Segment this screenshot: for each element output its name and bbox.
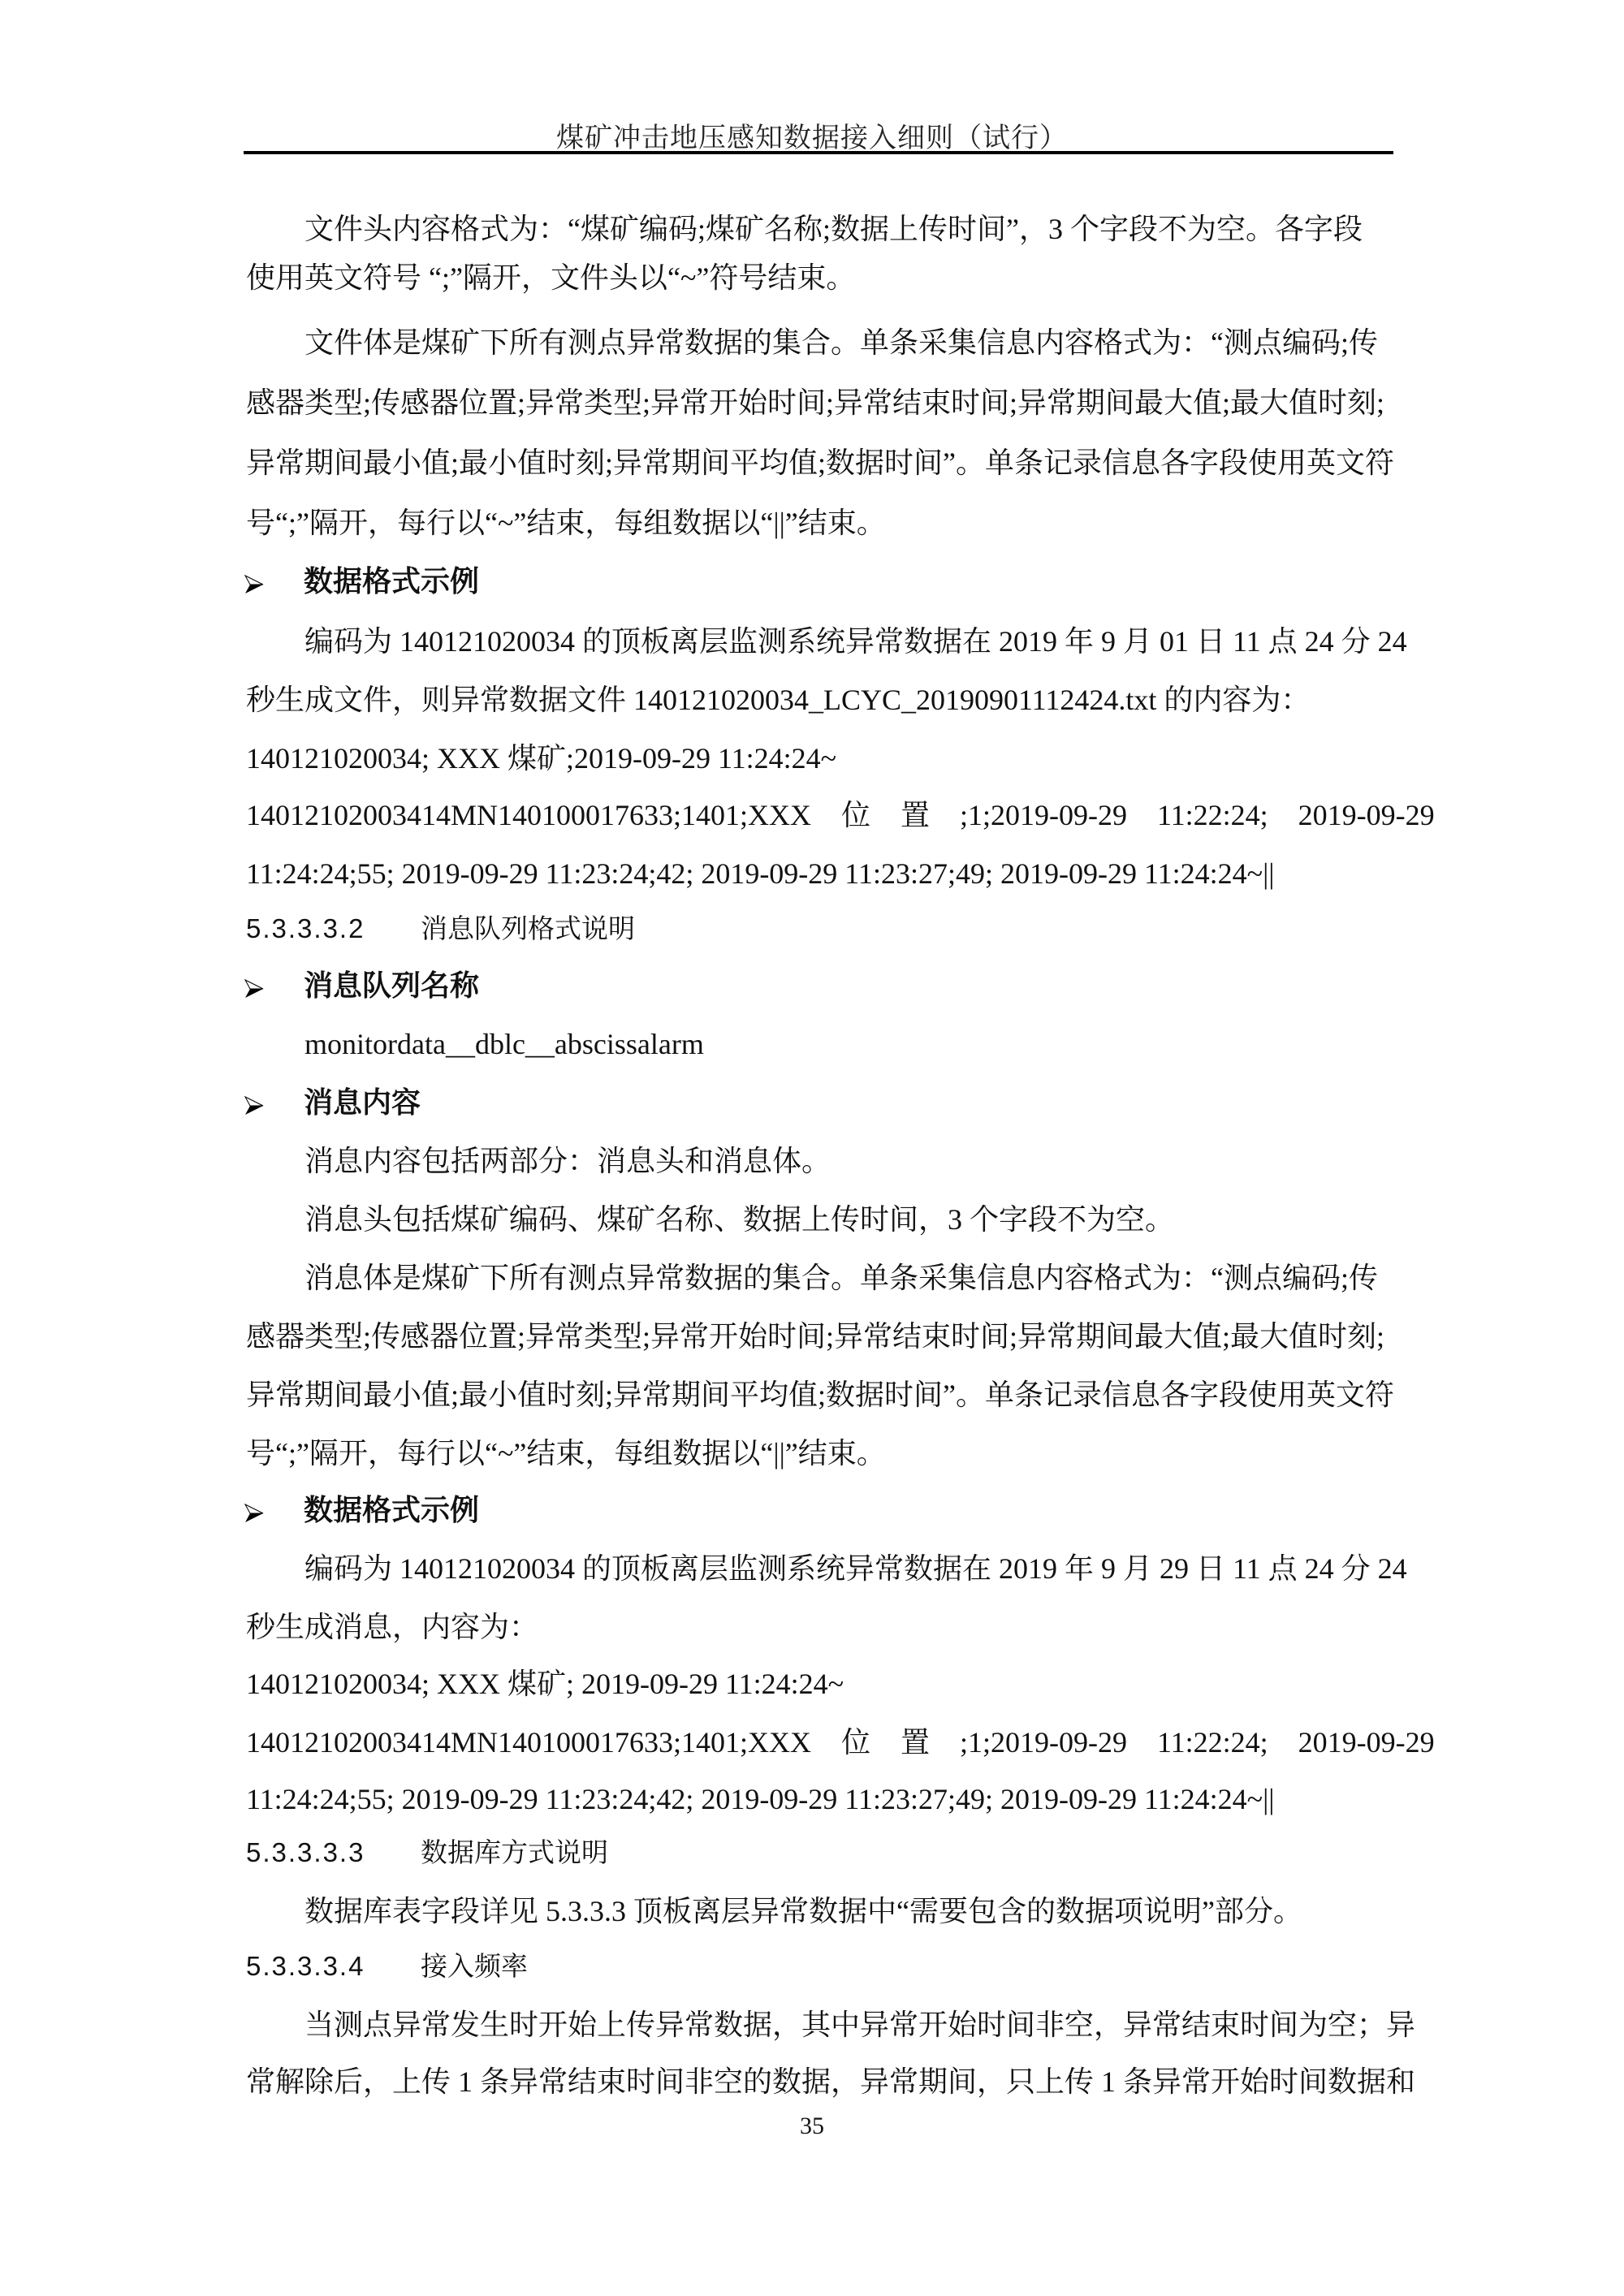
- section-heading-5-3-3-3-2: 5.3.3.3.2消息队列格式说明: [246, 909, 635, 948]
- queue-name-value: monitordata__dblc__abscissalarm: [304, 1025, 1393, 1064]
- frequency-text-line-1: 当测点异常发生时开始上传异常数据，其中异常开始时间非空，异常结束时间为空；异: [304, 2005, 1393, 2044]
- bullet-data-format-example-1: 数据格式示例: [244, 562, 479, 601]
- database-description: 数据库表字段详见 5.3.3.3 顶板离层异常数据中“需要包含的数据项说明”部分…: [304, 1892, 1393, 1931]
- arrow-bullet-icon: [244, 1503, 265, 1524]
- bullet-message-content: 消息内容: [244, 1083, 421, 1122]
- message-example-desc-line-1: 编码为 140121020034 的顶板离层监测系统异常数据在 2019 年 9…: [304, 1549, 1393, 1588]
- file-example-desc-line-1: 编码为 140121020034 的顶板离层监测系统异常数据在 2019 年 9…: [304, 622, 1393, 661]
- paragraph-file-body-line-2: 感器类型;传感器位置;异常类型;异常开始时间;异常结束时间;异常期间最大值;最大…: [246, 383, 1393, 422]
- section-number: 5.3.3.3.3: [246, 1833, 421, 1872]
- message-body-line-3: 异常期间最小值;最小值时刻;异常期间平均值;数据时间”。单条记录信息各字段使用英…: [246, 1375, 1393, 1414]
- section-title: 数据库方式说明: [421, 1837, 608, 1867]
- message-example-line-3: 11:24:24;55; 2019-09-29 11:23:24;42; 201…: [246, 1780, 1393, 1819]
- section-title: 接入频率: [421, 1951, 528, 1981]
- section-number: 5.3.3.3.2: [246, 909, 421, 948]
- paragraph-file-header-line-2: 使用英文符号 “;”隔开，文件头以“~”符号结束。: [246, 258, 1393, 297]
- bullet-label: 消息队列名称: [304, 969, 479, 1002]
- bullet-label: 消息内容: [304, 1086, 421, 1119]
- page-number: 35: [0, 2113, 1624, 2140]
- file-example-data-line-1: 140121020034; XXX 煤矿;2019-09-29 11:24:24…: [246, 739, 1393, 778]
- message-content-line-1: 消息内容包括两部分：消息头和消息体。: [304, 1142, 1393, 1180]
- message-example-line-1: 140121020034; XXX 煤矿; 2019-09-29 11:24:2…: [246, 1664, 1393, 1703]
- file-example-desc-line-2: 秒生成文件，则异常数据文件 140121020034_LCYC_20190901…: [246, 680, 1393, 719]
- message-body-line-1: 消息体是煤矿下所有测点异常数据的集合。单条采集信息内容格式为：“测点编码;传: [304, 1258, 1393, 1297]
- file-example-data-line-2: 14012102003414MN140100017633;1401;XXX 位 …: [246, 796, 1393, 835]
- arrow-bullet-icon: [244, 978, 265, 999]
- bullet-label: 数据格式示例: [304, 565, 479, 598]
- section-heading-5-3-3-3-4: 5.3.3.3.4接入频率: [246, 1947, 528, 1986]
- section-number: 5.3.3.3.4: [246, 1947, 421, 1986]
- message-body-line-4: 号“;”隔开，每行以“~”结束，每组数据以“||”结束。: [246, 1434, 1393, 1473]
- bullet-label: 数据格式示例: [304, 1494, 479, 1526]
- message-example-desc-line-2: 秒生成消息，内容为：: [246, 1608, 1393, 1646]
- bullet-data-format-example-2: 数据格式示例: [244, 1491, 479, 1530]
- message-body-line-2: 感器类型;传感器位置;异常类型;异常开始时间;异常结束时间;异常期间最大值;最大…: [246, 1317, 1393, 1356]
- paragraph-file-header-line-1: 文件头内容格式为：“煤矿编码;煤矿名称;数据上传时间”，3 个字段不为空。各字段: [304, 209, 1393, 248]
- message-content-line-2: 消息头包括煤矿编码、煤矿名称、数据上传时间，3 个字段不为空。: [304, 1200, 1393, 1239]
- paragraph-file-body-line-4: 号“;”隔开，每行以“~”结束，每组数据以“||”结束。: [246, 503, 1393, 542]
- paragraph-file-body-line-1: 文件体是煤矿下所有测点异常数据的集合。单条采集信息内容格式为：“测点编码;传: [304, 323, 1393, 362]
- section-heading-5-3-3-3-3: 5.3.3.3.3数据库方式说明: [246, 1833, 608, 1872]
- file-example-data-line-3: 11:24:24;55; 2019-09-29 11:23:24;42; 201…: [246, 854, 1393, 893]
- frequency-text-line-2: 常解除后，上传 1 条异常结束时间非空的数据，异常期间，只上传 1 条异常开始时…: [246, 2062, 1393, 2101]
- bullet-queue-name: 消息队列名称: [244, 966, 479, 1005]
- paragraph-file-body-line-3: 异常期间最小值;最小值时刻;异常期间平均值;数据时间”。单条记录信息各字段使用英…: [246, 443, 1393, 482]
- header-rule: [244, 151, 1393, 154]
- arrow-bullet-icon: [244, 574, 265, 595]
- section-title: 消息队列格式说明: [421, 913, 635, 943]
- arrow-bullet-icon: [244, 1095, 265, 1116]
- message-example-line-2: 14012102003414MN140100017633;1401;XXX 位 …: [246, 1723, 1393, 1762]
- page-header-title: 煤矿冲击地压感知数据接入细则（试行）: [0, 115, 1624, 155]
